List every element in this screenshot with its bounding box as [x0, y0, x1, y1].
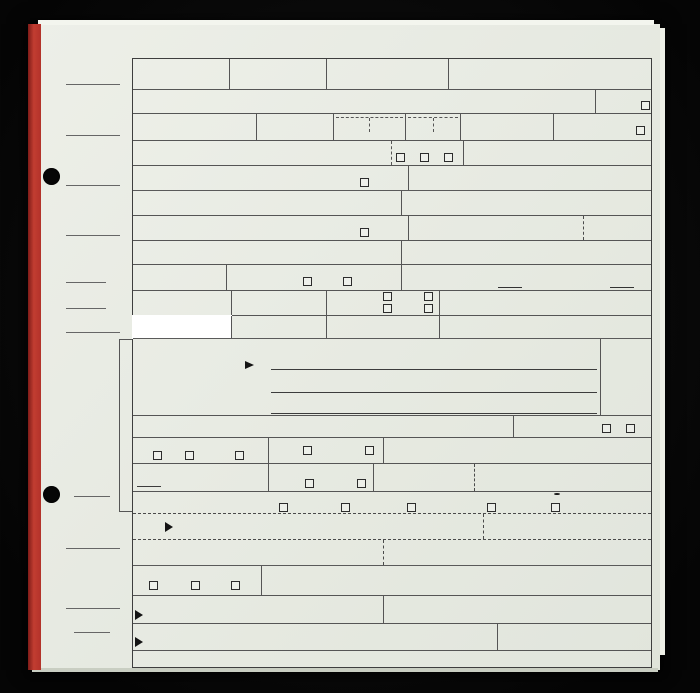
- hispanic-yes-checkbox: [343, 277, 352, 286]
- part2-cell: [133, 416, 513, 437]
- section-divider: [66, 548, 120, 549]
- autopsy-yes-checkbox: [602, 424, 611, 433]
- signature-arrow-icon: [165, 522, 173, 532]
- scan-background: [0, 0, 700, 693]
- row-28bcd: [133, 437, 651, 463]
- field-age: [256, 114, 333, 140]
- field-industry: [326, 316, 439, 338]
- field-under-1-year: [333, 114, 405, 140]
- row-signature: [133, 513, 651, 539]
- interval-label: [601, 339, 651, 343]
- field-residence-state: [133, 191, 401, 215]
- residence-limits-cell: [346, 216, 408, 240]
- field-education: [401, 265, 651, 290]
- external-primary-checkbox: [303, 446, 312, 455]
- not-at-work-checkbox: [357, 479, 366, 488]
- field-residence-county: [401, 191, 651, 215]
- divorced-checkbox: [424, 292, 433, 301]
- registration-area-cell: [133, 59, 229, 89]
- interval-column: [600, 339, 651, 415]
- under-1-year-subcells: [336, 117, 403, 132]
- field-residence-city: [133, 216, 346, 240]
- homicide-checkbox: [407, 503, 416, 512]
- row-citizenship: [133, 290, 651, 315]
- state-file-number-cell: [516, 59, 651, 89]
- inpatient-checkbox: [444, 153, 453, 162]
- minutes-hint: [433, 118, 459, 132]
- section-divider: [74, 496, 110, 497]
- binding-strip: [28, 24, 41, 670]
- medical-certification-strip: [119, 339, 132, 512]
- field-zip: [583, 216, 651, 240]
- education-college-value: [610, 287, 634, 288]
- row-hospital: [133, 140, 651, 165]
- part2-row: [133, 415, 651, 437]
- undetermined-checkbox: [487, 503, 496, 512]
- field-armed-forces: [553, 114, 651, 140]
- section-divider: [66, 135, 120, 136]
- widowed-checkbox: [424, 304, 433, 313]
- admission-status-cell: [391, 141, 463, 165]
- row-dates: [133, 113, 651, 140]
- field-sex: [595, 90, 651, 113]
- accident-checkbox: [279, 503, 288, 512]
- cause-line-c: [271, 413, 597, 414]
- pregnancy-yes-checkbox: [153, 451, 162, 460]
- hours-hint: [408, 118, 433, 132]
- sheet-edge-top: [38, 20, 654, 25]
- field-citizen: [133, 291, 231, 315]
- pregnancy-no-checkbox: [185, 451, 194, 460]
- section-divider: [66, 84, 120, 85]
- field-injury-occurred: [268, 464, 373, 491]
- outpatient-checkbox: [420, 153, 429, 162]
- field-describe-injury: [383, 438, 651, 463]
- autopsy-no-checkbox: [626, 424, 635, 433]
- form-title: [132, 26, 652, 28]
- punch-hole-top: [43, 168, 60, 185]
- field-county-of-death: [463, 141, 651, 165]
- row-certify: [133, 491, 651, 513]
- examiner-name-cell: [133, 540, 383, 565]
- field-spouse: [439, 291, 651, 315]
- part1-cell: [133, 339, 651, 415]
- row-parents: [133, 240, 651, 264]
- section-divider: [66, 332, 120, 333]
- actual-signature-cell: [133, 514, 483, 539]
- funeral-signature-cell: [133, 596, 383, 623]
- registrar-empty-cell: [497, 624, 651, 650]
- medical-examiners-certificate-cell: [326, 59, 448, 89]
- doa-checkbox: [396, 153, 405, 162]
- row-name-sex: [133, 89, 651, 113]
- certificate-form: [132, 26, 652, 668]
- never-married-checkbox: [383, 292, 392, 301]
- form-header: [132, 26, 652, 58]
- suicide-checkbox: [341, 503, 350, 512]
- section-divider: [66, 308, 106, 309]
- row-occupation: [133, 315, 651, 338]
- field-external-cause: [268, 438, 383, 463]
- immediate-cause-arrow-icon: [245, 361, 254, 369]
- field-autopsy: [513, 416, 651, 437]
- field-mother: [401, 241, 651, 264]
- row-race-education: [133, 264, 651, 290]
- certify-cell: [133, 492, 651, 513]
- armed-forces-no-checkbox: [636, 126, 645, 135]
- burial-checkbox: [149, 581, 158, 590]
- row-residence-city: [133, 215, 651, 240]
- field-street-of-death: [408, 166, 651, 190]
- certificate-number-cell: [229, 59, 326, 89]
- field-informant: [439, 316, 651, 338]
- death-city-limits-cell: [346, 166, 408, 190]
- pregnancy-unknown-checkbox: [235, 451, 244, 460]
- field-hispanic: [226, 265, 401, 290]
- field-pregnancy: [133, 438, 268, 463]
- field-hospital: [133, 141, 391, 165]
- cremation-checkbox: [231, 581, 240, 590]
- field-race: [133, 265, 226, 290]
- state-file-label-cell: [448, 59, 516, 89]
- reserved-cell: [133, 651, 651, 667]
- field-date-of-birth: [460, 114, 553, 140]
- field-disposition: [133, 566, 261, 595]
- field-father: [133, 241, 401, 264]
- months-hint: [336, 118, 369, 132]
- field-marital-status: [326, 291, 439, 315]
- under-1-day-subcells: [408, 117, 458, 132]
- pending-checkbox: [551, 503, 560, 512]
- redacted-field: [133, 316, 231, 338]
- cause-line-b: [271, 392, 597, 393]
- sex-female-checkbox: [641, 101, 650, 110]
- row-funeral-director: [133, 595, 651, 623]
- residence-limits-yes-checkbox: [360, 228, 369, 237]
- row-reserved: [133, 650, 651, 667]
- hispanic-no-checkbox: [303, 277, 312, 286]
- married-checkbox: [383, 304, 392, 313]
- field-occupation: [231, 316, 326, 338]
- death-limits-yes-checkbox: [360, 178, 369, 187]
- external-contributing-checkbox: [365, 446, 374, 455]
- row-examiner: [133, 539, 651, 565]
- field-full-name: [133, 90, 595, 113]
- cause-line-a: [271, 369, 597, 370]
- section-divider: [66, 608, 120, 609]
- punch-hole-bottom: [43, 486, 60, 503]
- certificate-paper: [28, 24, 660, 670]
- funeral-signature-arrow-icon: [135, 610, 143, 620]
- registration-row: [133, 59, 651, 89]
- certify-pm-label: [554, 493, 560, 495]
- row-city-of-death: [133, 165, 651, 190]
- examiner-address-cell: [383, 540, 651, 565]
- row-residence-state: [133, 190, 651, 215]
- section-divider: [66, 235, 120, 236]
- row-disposition: [133, 565, 651, 595]
- field-injury-location: [474, 464, 651, 491]
- field-under-1-day: [405, 114, 460, 140]
- section-divider: [66, 185, 120, 186]
- education-elementary-value: [498, 287, 522, 288]
- row-registrar: [133, 623, 651, 650]
- field-date-of-death: [133, 114, 256, 140]
- field-place-of-injury: [373, 464, 474, 491]
- funeral-home-cell: [383, 596, 651, 623]
- field-place-of-burial: [261, 566, 651, 595]
- registrar-signature-cell: [133, 624, 383, 650]
- field-time-of-injury: [133, 464, 268, 491]
- time-line: [137, 486, 161, 487]
- section-divider: [66, 282, 106, 283]
- field-city-of-death: [133, 166, 346, 190]
- at-work-checkbox: [305, 479, 314, 488]
- date-signed-cell: [483, 514, 651, 539]
- removal-checkbox: [191, 581, 200, 590]
- date-filed-cell: [383, 624, 497, 650]
- days-hint: [369, 118, 403, 132]
- section-divider: [74, 632, 110, 633]
- registrar-signature-arrow-icon: [135, 637, 143, 647]
- part1-cause-of-death: [133, 338, 651, 415]
- sheet-edge-right: [660, 28, 665, 655]
- field-residence-street: [408, 216, 583, 240]
- form-grid: [132, 58, 652, 668]
- row-28efgh: [133, 463, 651, 491]
- field-birthplace: [231, 291, 326, 315]
